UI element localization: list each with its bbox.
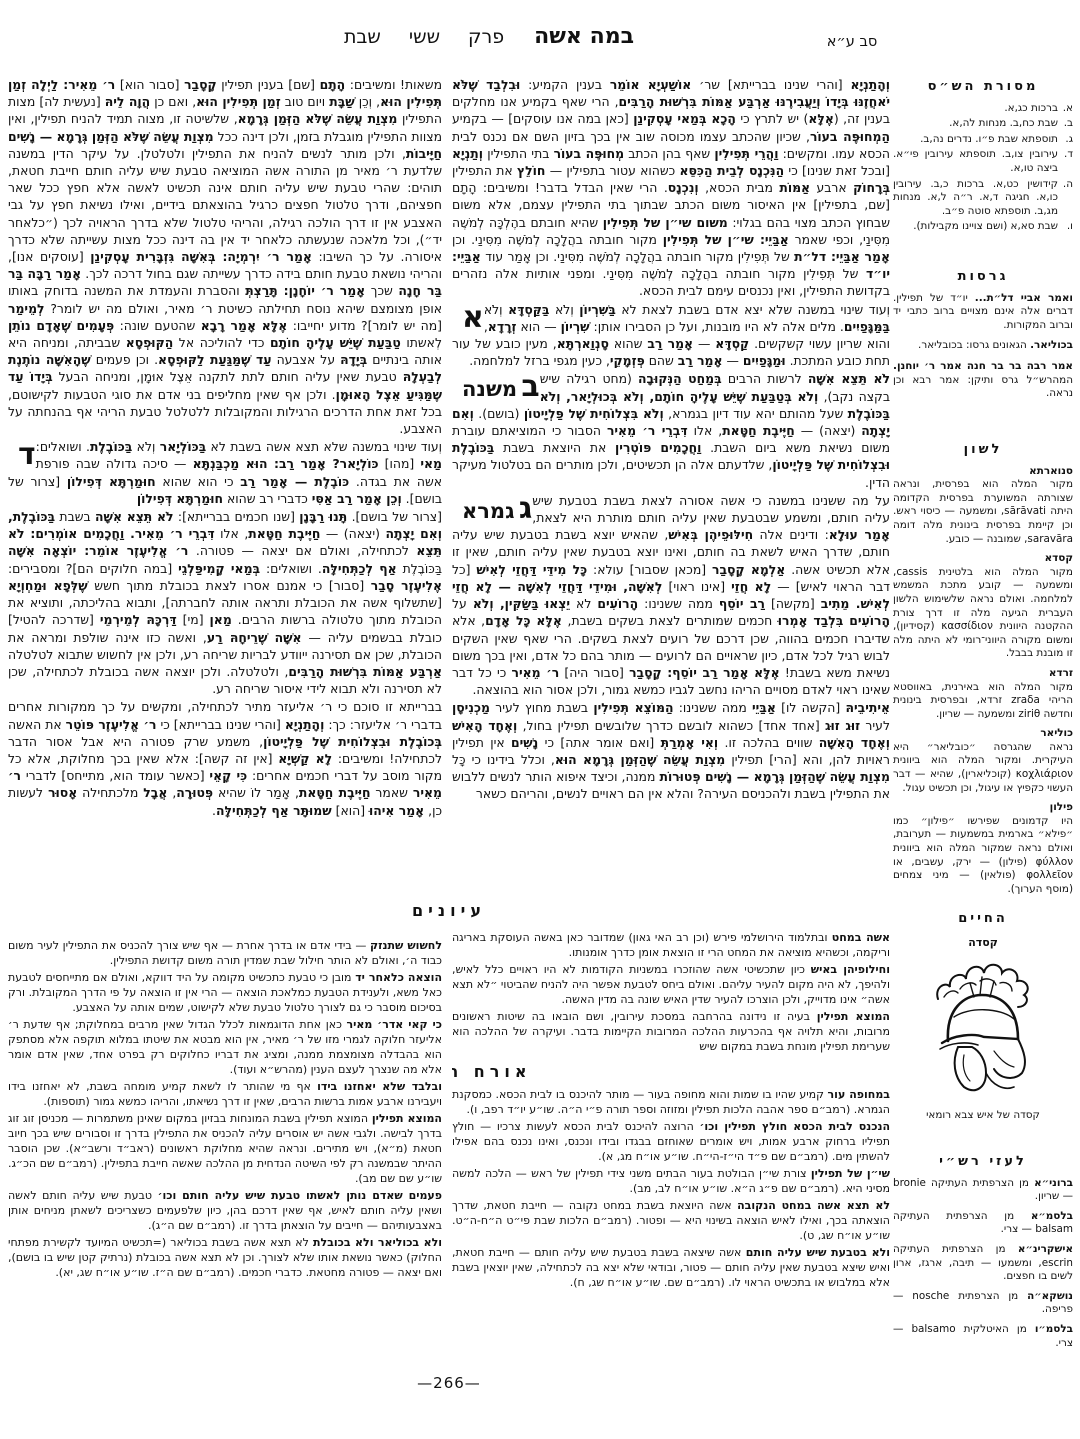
paragraph: אֵיתִיבֵיהּ [הקשה לו] אַבַּיֵי ממה ששנינ… xyxy=(452,699,890,802)
lashon-entry: קסדאמקור המלה הוא בלטינית cassis, ומשמעה… xyxy=(893,552,1073,661)
lashon-entry: פילוןהיו קדמונים שפירשו ״פילון״ כמו ״פיל… xyxy=(893,801,1073,896)
laaz-entry: נושקא״ה מן הצרפתית nosche — פריפה. xyxy=(893,1290,1073,1317)
hachayim-section: החיים קסדה xyxy=(893,912,1073,1155)
halacha-entry: פעמים שאדם נותן לאשתו טבעת שיש עליה חותם… xyxy=(8,1188,442,1233)
laaz-entry: בלסמ״ו מן האיטלקית balsamo — צרי. xyxy=(893,1323,1073,1350)
iyunim-entry: לחשוש שתנזק — בידי אדם או בדרך אחרת — אף… xyxy=(8,938,442,968)
girsa-entry: בכוליאר. הגאונים גרסו: בכובליאר. xyxy=(893,339,1073,353)
masoret-entry: א.ברכות כג,א. xyxy=(893,102,1073,116)
hachayim-title: החיים xyxy=(893,912,1073,926)
helmet-caption: קסדה של איש צבא רומאי xyxy=(893,1109,1073,1123)
roman-helmet-illustration xyxy=(924,955,1042,1105)
masoret-entry: ו.שבת סא,א (ושם צויינו מקבילות). xyxy=(893,220,1073,234)
iyunim-entry: הוצאה כלאחר יד מובן כי טבעת כתכשיט מקומה… xyxy=(8,970,442,1015)
commentary-column-left: משאות! ומשיבים: הָתָם [שם] בענין תפילין … xyxy=(8,76,442,940)
girsa-entry: ואמר אביי דל״ת... יו״ד של תפילין. דברים … xyxy=(893,292,1073,333)
chapter-title: במה אשה xyxy=(534,24,634,49)
paragraph: [צרור של בושם]. תָּנוּ רַבָּנָן [שנו חכמ… xyxy=(8,508,442,697)
iyunim-title: עיונים xyxy=(8,901,890,920)
lashon-section: לשון סנוארתאמקור המלה הוא בפרסית, ונראה … xyxy=(893,443,1073,912)
section-dalet: ד וְעוד שינוי במשנה שלא תצא אשה בשבת לא … xyxy=(8,438,442,507)
section-aleph: א וְעוד שינוי במשנה שלא יצא אדם בשבת לצא… xyxy=(452,301,890,370)
iyunim-entry: וחילופיהן באיש כיון שתכשיטי אשה שהוזכרו … xyxy=(452,962,890,1007)
page-number: —266— xyxy=(8,1374,890,1392)
halacha-entry: הנכנס לבית הכסא חולץ תפילין וכו׳ הרוצה ל… xyxy=(452,1119,890,1164)
section-marker: א xyxy=(462,303,484,333)
masoret-hashas-section: מסורת הש״ס א.ברכות כג,א. ב.שבת כח,ב. מנח… xyxy=(893,80,1073,270)
girsa-entry: אמר רבה בר בר חנה אמר ר׳ יוחנן. המהרש״ל … xyxy=(893,360,1073,401)
iyunim-entry: ובלבד שלא יאחזנו בידו אף מי שהותר לו לשא… xyxy=(8,1079,442,1109)
halacha-entry: ולא בטבעת שיש עליה חותם אשה שיצאה בשבת ב… xyxy=(452,1245,890,1290)
helmet-label: קסדה xyxy=(893,936,1073,950)
margin-column: מסורת הש״ס א.ברכות כג,א. ב.שבת כח,ב. מנח… xyxy=(893,80,1073,1356)
paragraph: בברייתא זו סוכם כי ר׳ אליעזר מתיר לכתחיל… xyxy=(8,698,442,818)
paragraph: משאות! ומשיבים: הָתָם [שם] בענין תפילין … xyxy=(8,76,442,437)
section-gemara: ג גמרא על מה ששנינו במשנה כי אשה אסורה ל… xyxy=(452,492,890,698)
girsaot-title: גרסות xyxy=(893,270,1073,284)
iyunim-entry: המוצא תפילין בעיה זו נידונה בהרחבה במסכת… xyxy=(452,1009,890,1054)
laaz-entry: ברוני״א מן הצרפתית העתיקה bronie — שריון… xyxy=(893,1177,1073,1204)
page-header: במה אשהפרקששישבת xyxy=(160,24,820,49)
masoret-entry: ג.תוספתא שבת פ״ו. נדרים נה,ב. xyxy=(893,133,1073,147)
talmud-page: במה אשהפרקששישבת סב ע״א וְהָתַנְיָא [והר… xyxy=(0,0,1080,1439)
section-marker-dalet: ד xyxy=(18,440,36,470)
halacha-entry: שי״ן של תפילין צורת שי״ן הבולטת בעור הבת… xyxy=(452,1166,890,1196)
laazei-rashi-title: לעזי רש״י xyxy=(893,1155,1073,1169)
masoret-entry: ב.שבת כח,ב. מנחות לה,א. xyxy=(893,117,1073,131)
laaz-entry: אישקרינ״א מן הצרפתית העתיקה escrin, ומשמ… xyxy=(893,1243,1073,1284)
perek-label: פרק xyxy=(468,26,504,48)
laaz-entry: בלסמ״א מן הצרפתית העתיקה balsam — צרי. xyxy=(893,1210,1073,1237)
halacha-entry: לא תצא אשה במחט הנקובה אשה היוצאת בשבת ב… xyxy=(452,1198,890,1243)
halacha-entry: המוצא תפילין המוצא תפילין בשבת המונחות ב… xyxy=(8,1111,442,1186)
daf-marker: סב ע״א xyxy=(812,34,892,50)
girsaot-section: גרסות ואמר אביי דל״ת... יו״ד של תפילין. … xyxy=(893,270,1073,443)
tractate-name: שבת xyxy=(344,26,381,48)
laazei-rashi-section: לעזי רש״י ברוני״א מן הצרפתית העתיקה bron… xyxy=(893,1155,1073,1356)
paragraph: וְהָתַנְיָא [והרי שנינו בברייתא] שר׳ אוֹ… xyxy=(452,76,890,300)
iyunim-entry: אשה במחט ובתלמוד הירושלמי פירש (וכן רב ה… xyxy=(452,930,890,960)
lashon-entry: סנוארתאמקור המלה הוא בפרסית, ונראה שצורת… xyxy=(893,465,1073,547)
perek-number: ששי xyxy=(409,26,440,48)
masoret-entry: ה.קידושין כט,א. ברכות כ,ב. עירובין כו,א.… xyxy=(893,178,1073,219)
lashon-title: לשון xyxy=(893,443,1073,457)
lashon-entry: זרדאמקור המלה הוא באירנית, באווסטא הריהי… xyxy=(893,667,1073,721)
iyunim-column-left: לחשוש שתנזק — בידי אדם או בדרך אחרת — אף… xyxy=(8,938,442,1368)
iyunim-column-right: אשה במחט ובתלמוד הירושלמי פירש (וכן רב ה… xyxy=(452,930,890,1370)
section-marker-gemara: ג גמרא xyxy=(462,494,532,524)
iyunim-entry: כי קאי אדר׳ מאיר כאן אחת הדוגמאות לכלל ה… xyxy=(8,1017,442,1077)
halacha-entry: במחופה עור קמיע שהיו בו שמות והוא מחופה … xyxy=(452,1087,890,1117)
halacha-entry: ולא בכוליאר ולא בכובלת לא תצא אשה בשבת ב… xyxy=(8,1235,442,1280)
section-mishnah: ב משנה לֹא תֵּצֵא אִשָּׁה לרשות הרבים בְ… xyxy=(452,370,890,490)
commentary-column-right: וְהָתַנְיָא [והרי שנינו בברייתא] שר׳ אוֹ… xyxy=(452,76,890,940)
masoret-title: מסורת הש״ס xyxy=(893,80,1073,94)
section-marker-mishnah: ב משנה xyxy=(462,372,540,402)
masoret-entry: ד.עירובין צו,ב. תוספתא עירובין פי״א. ביצ… xyxy=(893,148,1073,175)
lashon-entry: כוליארנראה שהגרסה ״כובליאר״ היא העיקרית.… xyxy=(893,727,1073,795)
orach-halacha-title: אורח ההלכה xyxy=(452,1064,678,1079)
